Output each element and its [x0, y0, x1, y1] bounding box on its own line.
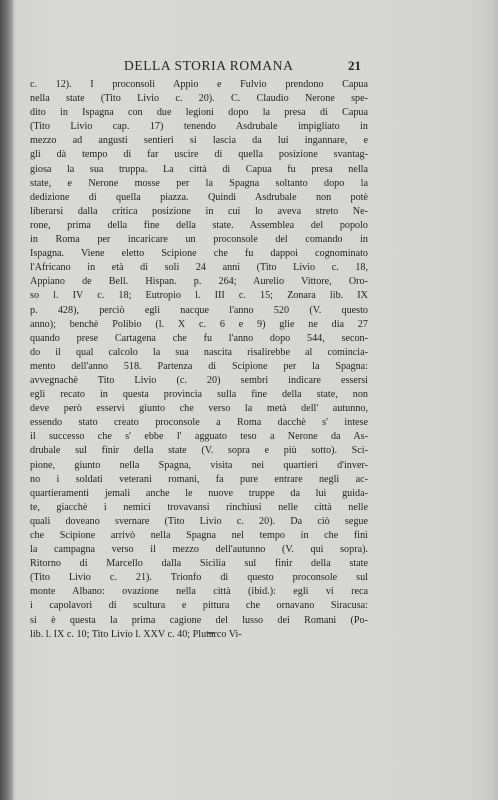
page-binding-edge [0, 0, 13, 800]
text-line: pione, giunto nella Spagna, visita nei q… [30, 459, 368, 473]
text-line: do il qual calcolo la sua nascita risali… [30, 346, 368, 360]
text-line: che Scipione arrivò nella Spagna nel tem… [30, 529, 368, 543]
text-line: no i soldati veterani romani, fa pure en… [30, 473, 368, 487]
text-line: liberarsi dalla critica posizione in cui… [30, 205, 368, 219]
text-line: rone, prima della fine della state. Asse… [30, 219, 368, 233]
text-line: egli recato in questa provincia sulla fi… [30, 388, 368, 402]
text-line: anno); benchè Polibio (l. X c. 6 e 9) gl… [30, 318, 368, 332]
text-line: Ispagna. Viene eletto Scipione che fu da… [30, 247, 368, 261]
text-line: (Tito Livio cap. 17) tenendo Asdrubale i… [30, 120, 368, 134]
text-line: in Roma per incaricare un proconsole del… [30, 233, 368, 247]
text-line: lib. l. IX c. 10; Tito Livio l. XXV c. 4… [30, 628, 368, 642]
text-line: so l. IV c. 18; Eutropio l. III c. 15; Z… [30, 289, 368, 303]
body-text: c. 12). I proconsoli Appio e Fulvio pren… [30, 78, 368, 642]
text-line: dedizione di quella piazza. Quindi Asdru… [30, 191, 368, 205]
text-line: (Tito Livio c. 21). Trionfo di questo pr… [30, 571, 368, 585]
text-line: Appiano de Bell. Hispan. p. 264; Aurelio… [30, 275, 368, 289]
text-line: gli dà tempo di far uscire di quella pos… [30, 148, 368, 162]
text-line: Ritorno di Marcello dalla Sicilia sul fi… [30, 557, 368, 571]
text-line: giosa la sua truppa. La città di Capua f… [30, 163, 368, 177]
text-line: essendo stato creato proconsole a Roma d… [30, 416, 368, 430]
text-line: avvegnachè Tito Livio (c. 20) sembri ind… [30, 374, 368, 388]
running-title: DELLA STORIA ROMANA [124, 58, 293, 74]
printer-mark [208, 632, 214, 634]
text-line: monte Albano: ovazione nella città (ibid… [30, 585, 368, 599]
text-line: si è questa la prima cagione del lusso d… [30, 614, 368, 628]
text-line: il successo che s' ebbe l' agguato teso … [30, 430, 368, 444]
text-line: quando prese Cartagena che fu l'anno dop… [30, 332, 368, 346]
text-line: nella state (Tito Livio c. 20). C. Claud… [30, 92, 368, 106]
text-line: dito in Ispagna con due legioni dopo la … [30, 106, 368, 120]
text-line: deve però esservi giunto che verso la me… [30, 402, 368, 416]
text-line: drubale sul finir della state (V. sopra … [30, 444, 368, 458]
text-line: mento dell'anno 518. Partenza di Scipion… [30, 360, 368, 374]
text-line: i capolavori di scultura e pittura che o… [30, 599, 368, 613]
text-line: c. 12). I proconsoli Appio e Fulvio pren… [30, 78, 368, 92]
text-line: state, e Nerone mosse per la Spagna solt… [30, 177, 368, 191]
text-line: te, giacchè i nemici trovavansi rinchius… [30, 501, 368, 515]
text-line: mezzo ad angusti sentieri si lascia da l… [30, 134, 368, 148]
text-line: la campagna verso il mezzo dell'autunno … [30, 543, 368, 557]
page-header: DELLA STORIA ROMANA 21 [30, 58, 368, 78]
text-line: quali doveano svernare (Tito Livio c. 20… [30, 515, 368, 529]
text-line: quartieramenti jemali anche le nuove tru… [30, 487, 368, 501]
text-line: l'Africano in età di soli 24 anni (Tito … [30, 261, 368, 275]
page-number: 21 [348, 58, 361, 74]
scanned-page: DELLA STORIA ROMANA 21 c. 12). I procons… [0, 0, 498, 800]
text-line: p. 428), perciò egli nacque l'anno 520 (… [30, 304, 368, 318]
